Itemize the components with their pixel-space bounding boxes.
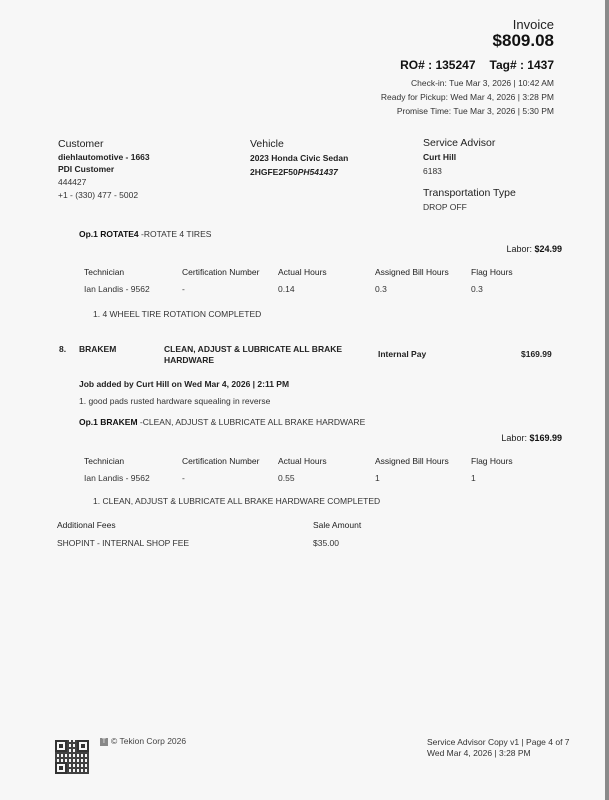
flag-hours: 0.3 [471,284,483,294]
job-number: 8. [59,344,66,354]
header-flag-hours: Flag Hours [471,267,513,277]
op1-labor-label: Labor: [506,244,534,254]
check-in-time: Check-in: Tue Mar 3, 2026 | 10:42 AM [411,78,554,88]
job8-labor: Labor: $169.99 [501,433,562,443]
service-advisor-id: 6183 [423,164,516,179]
header-certification-number: Certification Number [182,456,259,466]
job-title-line2: HARDWARE [164,355,214,365]
ro-number: RO# : 135247 [400,58,475,72]
vehicle-description: 2023 Honda Civic Sedan [250,152,348,165]
vehicle-section: Vehicle 2023 Honda Civic Sedan 2HGFE2F50… [250,137,348,180]
job-added-by: Job added by Curt Hill on Wed Mar 4, 202… [79,379,289,389]
job8-labor-label: Labor: [501,433,529,443]
ready-for-pickup-time: Ready for Pickup: Wed Mar 4, 2026 | 3:28… [381,92,554,102]
sale-amount-heading: Sale Amount [313,520,361,530]
header-assigned-bill-hours: Assigned Bill Hours [375,456,449,466]
job8-op-description: -CLEAN, ADJUST & LUBRICATE ALL BRAKE HAR… [138,417,366,427]
certification-number: - [182,284,185,294]
customer-phone: +1 - (330) 477 - 5002 [58,189,150,202]
qr-code [55,740,89,774]
qr-finder [77,740,89,752]
invoice-total: $809.08 [493,31,554,51]
customer-heading: Customer [58,137,150,151]
assigned-bill-hours: 1 [375,473,380,483]
header-assigned-bill-hours: Assigned Bill Hours [375,267,449,277]
copy-info: Service Advisor Copy v1 | Page 4 of 7 [427,737,570,748]
invoice-title: Invoice [513,17,554,32]
printed-time: Wed Mar 4, 2026 | 3:28 PM [427,748,570,759]
job8-op-code: Op.1 BRAKEM [79,417,138,427]
job-code: BRAKEM [79,344,116,354]
header-flag-hours: Flag Hours [471,456,513,466]
footer-page-info: Service Advisor Copy v1 | Page 4 of 7 We… [427,737,570,759]
header-technician: Technician [84,267,124,277]
service-advisor-section: Service Advisor Curt Hill 6183 Transport… [423,136,516,214]
scan-edge [605,0,609,800]
actual-hours: 0.14 [278,284,295,294]
technician: Ian Landis - 9562 [84,473,150,483]
footer-copyright: T© Tekion Corp 2026 [100,736,186,746]
promise-time: Promise Time: Tue Mar 3, 2026 | 5:30 PM [397,106,554,116]
service-advisor-heading: Service Advisor [423,136,516,150]
flag-hours: 1 [471,473,476,483]
job8-completion-note: 1. CLEAN, ADJUST & LUBRICATE ALL BRAKE H… [93,496,380,506]
header-technician: Technician [84,456,124,466]
service-advisor-name: Curt Hill [423,151,516,164]
qr-finder [55,740,67,752]
customer-id: 444427 [58,176,150,189]
job-title: CLEAN, ADJUST & LUBRICATE ALL BRAKE HARD… [164,344,342,366]
copyright-text: © Tekion Corp 2026 [111,736,186,746]
op1-description: -ROTATE 4 TIRES [139,229,212,239]
customer-name: diehlautomotive - 1663 [58,152,150,163]
job-pay-type: Internal Pay [378,349,426,359]
header-actual-hours: Actual Hours [278,456,327,466]
vehicle-heading: Vehicle [250,137,348,151]
qr-finder [55,762,67,774]
fee-amount: $35.00 [313,538,339,548]
customer-type: PDI Customer [58,163,150,176]
fees-header-row: Additional Fees Sale Amount [57,520,387,538]
tag-number: Tag# : 1437 [490,58,554,72]
vin-suffix: PH541437 [298,167,338,177]
op1-labor: Labor: $24.99 [506,244,562,254]
op1-labor-value: $24.99 [534,244,562,254]
vehicle-vin: 2HGFE2F50PH541437 [250,165,348,180]
job-amount: $169.99 [521,349,552,359]
certification-number: - [182,473,185,483]
job-concern: 1. good pads rusted hardware squealing i… [79,396,270,406]
job8-labor-value: $169.99 [529,433,562,443]
technician: Ian Landis - 9562 [84,284,150,294]
additional-fees-table: Additional Fees Sale Amount SHOPINT - IN… [57,520,387,556]
fee-name: SHOPINT - INTERNAL SHOP FEE [57,538,189,548]
fee-row: SHOPINT - INTERNAL SHOP FEE $35.00 [57,538,387,556]
header-certification-number: Certification Number [182,267,259,277]
header-actual-hours: Actual Hours [278,267,327,277]
actual-hours: 0.55 [278,473,295,483]
op1-code: Op.1 ROTATE4 [79,229,139,239]
fees-heading: Additional Fees [57,520,116,530]
vin-prefix: 2HGFE2F50 [250,167,298,177]
op1-title: Op.1 ROTATE4 -ROTATE 4 TIRES [79,229,211,239]
job8-op-title: Op.1 BRAKEM -CLEAN, ADJUST & LUBRICATE A… [79,417,365,427]
ro-tag-line: RO# : 135247Tag# : 1437 [400,58,554,72]
assigned-bill-hours: 0.3 [375,284,387,294]
op1-completion-note: 1. 4 WHEEL TIRE ROTATION COMPLETED [93,309,261,319]
tekion-logo-icon: T [100,738,108,746]
transportation-heading: Transportation Type [423,186,516,200]
job-title-line1: CLEAN, ADJUST & LUBRICATE ALL BRAKE [164,344,342,354]
customer-section: Customer diehlautomotive - 1663 PDI Cust… [58,137,150,202]
transportation-value: DROP OFF [423,201,516,214]
